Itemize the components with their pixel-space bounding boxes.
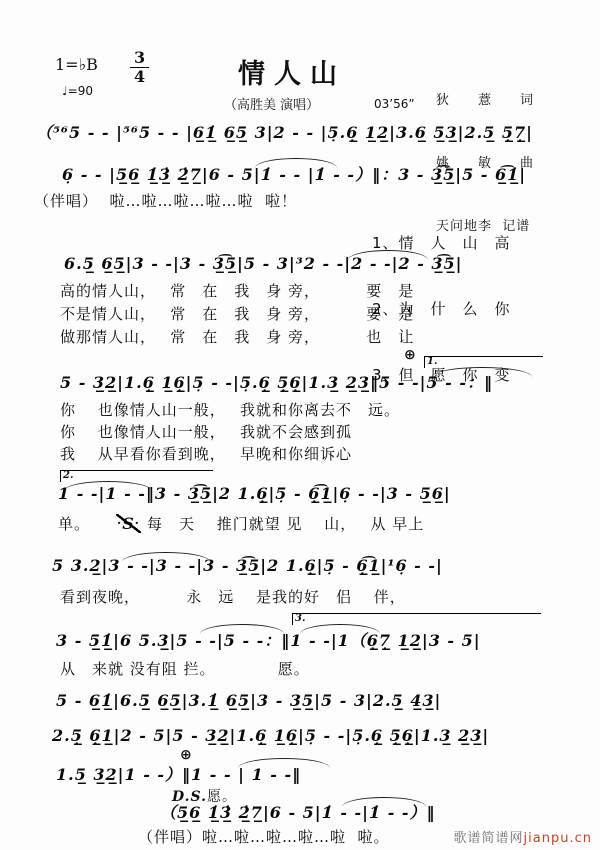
- tie-arc: [200, 624, 284, 634]
- performer-credit: （高胜美 演唱）: [224, 94, 319, 113]
- verse-3-lyrics-b: 我 从早看你看到晚， 早晚和你细诉心: [60, 443, 352, 464]
- second-ending-label: 2.: [63, 470, 73, 481]
- backing-vocal-lyrics-2: （伴唱）啦…啦…啦…啦…啦 啦。: [138, 826, 390, 847]
- tie-arc: [64, 481, 152, 491]
- first-ending-label: 1.: [427, 356, 437, 367]
- music-line-1: （⁵⁶5 - - |⁵⁶5 - - |6̲1̲̇ 6̲5̲ 3|2 - - |5…: [36, 120, 533, 143]
- watermark-domain-link[interactable]: jianpu.cn: [524, 831, 592, 846]
- verse-3-lyrics-a: 做那情人山， 常 在 我 身 旁， 也 让: [60, 326, 414, 347]
- time-signature-numerator: 3: [130, 50, 149, 68]
- music-line-6: 5 3.2̲|3 - -|3 - -|3 - 3̲͡5̲|2 1.6̲̣|5̣ …: [52, 556, 443, 575]
- verse-2-lyrics-b: 你 也像情人山一般， 我就不会感到孤: [60, 421, 352, 442]
- music-line-9: 2.5̲̣ 6̲̣1̲|2 - 5|5 - 3̲2̲|1.6̲̣ 1̲6̲̣|5…: [52, 726, 489, 745]
- lyric-dan: 单。: [58, 515, 90, 533]
- time-signature: 34: [130, 50, 149, 85]
- key-signature: 1=♭B: [55, 55, 98, 74]
- backing-vocal-lyrics-1: （伴唱） 啦…啦…啦…啦…啦 啦！: [34, 190, 297, 211]
- segno-sign: S: [116, 514, 141, 533]
- verse-1-lyrics-b: 你 也像情人山一般， 我就和你离去不 远。: [60, 399, 400, 420]
- time-signature-denominator: 4: [134, 69, 145, 85]
- second-ending-bracket: 2.: [60, 470, 213, 482]
- coda-sign: ⊕: [404, 347, 416, 363]
- verse-2-lyrics-a: 不是情人山， 常 在 我 身 旁， 要 是: [60, 303, 414, 324]
- music-line-8: 5 - 6̲1̲̇|6.5̲ 6̲5̲|3.1̲̇ 6̲5̲|3 - 3̲5̲|…: [56, 691, 441, 710]
- third-ending-bracket: 3.: [292, 613, 541, 625]
- lyricist-credit: 狄 薏 词: [436, 90, 534, 111]
- tie-arc: [255, 158, 337, 168]
- segno-lyric-row: 单。S每 天 推门就望 见 山， 从 早上: [58, 513, 424, 534]
- tie-arc: [238, 758, 330, 768]
- tie-arc: [300, 624, 380, 634]
- duration: 03’56”: [374, 97, 415, 111]
- jianpu-sheet: 1=♭B ♩=90 34 情人山 （高胜美 演唱） 03’56” 狄 薏 词 姚…: [0, 0, 600, 850]
- lyric-meitian: 每 天 推门就望 见 山， 从 早上: [147, 515, 424, 533]
- tie-arc: [342, 797, 426, 807]
- verse-1-lyrics-a: 高的情人山， 常 在 我 身 旁， 要 是: [60, 280, 414, 301]
- lyric-row-6: 看到夜晚， 永 远 是我的好 侣 伴，: [60, 586, 406, 607]
- coda-sign: ⊕: [180, 747, 192, 763]
- watermark-site-name: 歌谱简谱网: [454, 831, 524, 846]
- music-line-4: 5 - 3̲2̲|1.6̲̣ 1̲6̲̣|5̣ - -|5̣.6̲̣ 5̲̣6̲…: [60, 370, 493, 393]
- tie-arc: [122, 552, 210, 562]
- tempo-mark: ♩=90: [62, 84, 93, 98]
- song-title: 情人山: [238, 52, 346, 91]
- third-ending-label: 3.: [295, 613, 305, 624]
- lyric-row-7: 从 来就 没有阻 拦。 愿。: [60, 658, 310, 679]
- watermark: 歌谱简谱网jianpu.cn: [454, 827, 592, 846]
